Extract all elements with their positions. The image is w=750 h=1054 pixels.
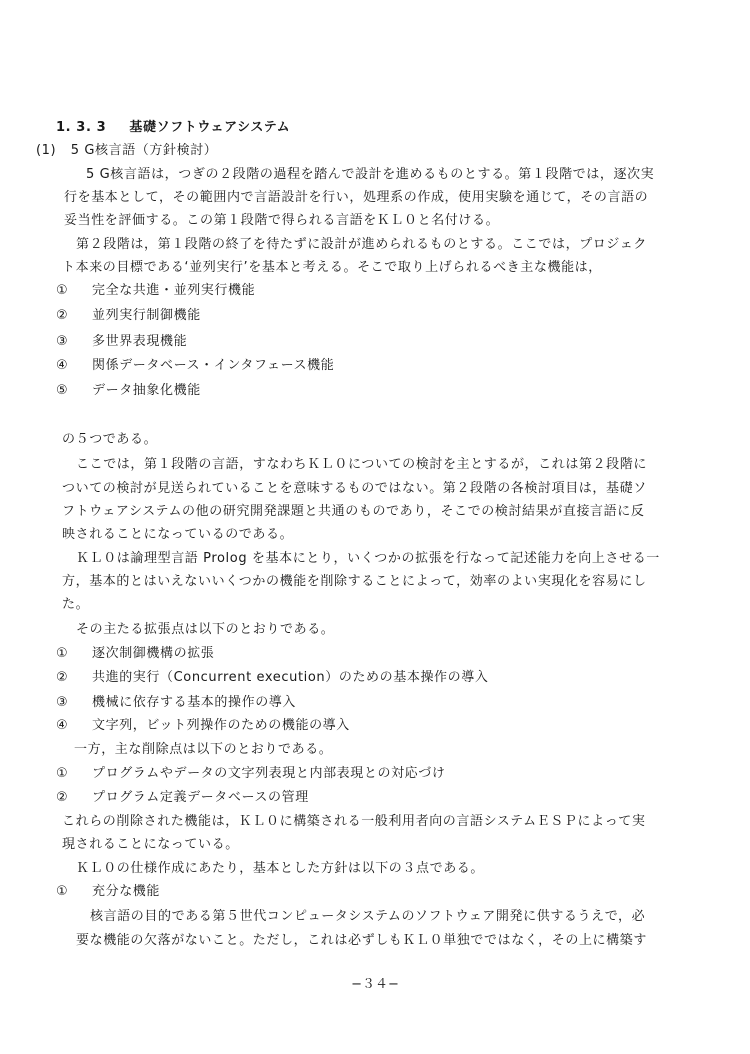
- list-marker: ③: [56, 695, 92, 711]
- list-item-text: 逐次制御機構の拡張: [92, 646, 214, 661]
- list-item-text: 多世界表現機能: [92, 334, 187, 349]
- list-marker: ⑤: [56, 383, 92, 399]
- list-item: ①プログラムやデータの文字列表現と内部表現との対応づけ: [56, 766, 445, 782]
- list-marker: ①: [56, 646, 92, 662]
- paragraph-line: 行を基本として，その範囲内で言語設計を行い，処理系の作成，使用実験を通じて，その…: [64, 190, 648, 206]
- list-marker: ②: [56, 308, 92, 324]
- section-title: 基礎ソフトウェアシステム: [129, 120, 290, 135]
- section-heading: 1. 3. 3 基礎ソフトウェアシステム: [56, 120, 290, 136]
- list-marker: ②: [56, 670, 92, 686]
- list-item-text: 充分な機能: [92, 884, 160, 899]
- list-item-text: データ抽象化機能: [92, 383, 201, 398]
- paragraph-line: 5 G核言語は，つぎの２段階の過程を踏んで設計を進めるものとする。第１段階では，…: [86, 167, 654, 183]
- list-item: ③機械に依存する基本的操作の導入: [56, 695, 296, 711]
- list-item-text: 並列実行制御機能: [92, 308, 201, 323]
- paragraph-line: の５つである。: [62, 432, 157, 448]
- list-item: ②プログラム定義データベースの管理: [56, 790, 309, 806]
- paragraph-line: 核言語の目的である第５世代コンピュータシステムのソフトウェア開発に供するうえで，…: [90, 909, 645, 925]
- paragraph-line: 第２段階は，第１段階の終了を待たずに設計が進められるものとする。ここでは，プロジ…: [76, 237, 647, 253]
- list-item-text: プログラム定義データベースの管理: [92, 790, 309, 805]
- paragraph-line: ＫＬ０の仕様作成にあたり，基本とした方針は以下の３点である。: [76, 861, 484, 877]
- list-item: ③多世界表現機能: [56, 334, 187, 350]
- paragraph-line: ついての検討が見送られていることを意味するものではない。第２段階の各検討項目は，…: [62, 481, 647, 497]
- list-marker: ①: [56, 884, 92, 900]
- paragraph-line: ト本来の目標である‘並列実行’を基本と考える。そこで取り上げられるべき主な機能は…: [62, 260, 602, 276]
- paragraph-line: 一方，主な削除点は以下のとおりである。: [74, 742, 332, 758]
- page-number: −３４−: [0, 973, 750, 992]
- list-item-text: 機械に依存する基本的操作の導入: [92, 695, 296, 710]
- list-item: ①完全な共進・並列実行機能: [56, 283, 255, 299]
- list-marker: ④: [56, 718, 92, 734]
- list-item-text: 文字列，ビット列操作のための機能の導入: [92, 718, 350, 733]
- list-item-text: 共進的実行（Concurrent execution）のための基本操作の導入: [92, 670, 488, 685]
- list-item: ①充分な機能: [56, 884, 160, 900]
- paragraph-line: ＫＬ０は論理型言語 Prolog を基本にとり，いくつかの拡張を行なって記述能力…: [76, 551, 660, 567]
- section-number: 1. 3. 3: [56, 120, 106, 135]
- paragraph-line: 映されることになっているのである。: [62, 527, 293, 543]
- list-item: ②共進的実行（Concurrent execution）のための基本操作の導入: [56, 670, 488, 686]
- list-item-text: 完全な共進・並列実行機能: [92, 283, 255, 298]
- list-marker: ③: [56, 334, 92, 350]
- list-marker: ①: [56, 766, 92, 782]
- list-marker: ④: [56, 358, 92, 374]
- list-marker: ②: [56, 790, 92, 806]
- list-marker: ①: [56, 283, 92, 299]
- subsection-heading: (1) 5 G核言語（方針検討）: [36, 143, 217, 159]
- paragraph-line: 現されることになっている。: [62, 837, 239, 853]
- subsection-title: 5 G核言語（方針検討）: [71, 143, 218, 158]
- paragraph-line: その主たる拡張点は以下のとおりである。: [76, 622, 334, 638]
- list-item: ⑤データ抽象化機能: [56, 383, 201, 399]
- list-item-text: 関係データベース・インタフェース機能: [92, 358, 334, 373]
- list-item: ①逐次制御機構の拡張: [56, 646, 214, 662]
- paragraph-line: 妥当性を評価する。この第１段階で得られる言語をＫＬ０と名付ける。: [64, 213, 499, 229]
- paragraph-line: フトウェアシステムの他の研究開発課題と共通のものであり，そこでの検討結果が直接言…: [62, 504, 644, 520]
- paragraph-line: これらの削除された機能は，ＫＬ０に構築される一般利用者向の言語システムＥＳＰによ…: [62, 814, 646, 830]
- list-item: ②並列実行制御機能: [56, 308, 201, 324]
- paragraph-line: た。: [62, 597, 89, 613]
- paragraph-line: 要な機能の欠落がないこと。ただし，これは必ずしもＫＬ０単独でではなく，その上に構…: [76, 933, 647, 949]
- subsection-number: (1): [36, 143, 66, 159]
- list-item: ④関係データベース・インタフェース機能: [56, 358, 334, 374]
- paragraph-line: 方，基本的とはいえないいくつかの機能を削除することによって，効率のよい実現化を容…: [62, 574, 647, 590]
- list-item-text: プログラムやデータの文字列表現と内部表現との対応づけ: [92, 766, 445, 781]
- paragraph-line: ここでは，第１段階の言語，すなわちＫＬ０についての検討を主とするが，これは第２段…: [76, 457, 647, 473]
- list-item: ④文字列，ビット列操作のための機能の導入: [56, 718, 350, 734]
